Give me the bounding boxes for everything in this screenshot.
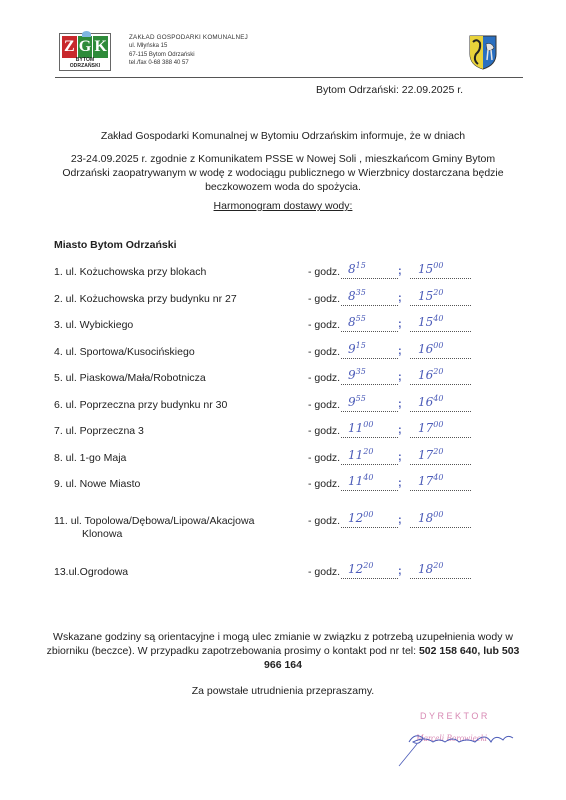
apology-text: Za powstałe utrudnienia przepraszamy. [40,685,526,697]
end-time-dotted-line [410,304,471,306]
company-info: ZAKŁAD GOSPODARKI KOMUNALNEJ ul. Młyńska… [129,34,248,67]
start-time-dotted-line [341,277,398,279]
start-time-dotted-line [341,526,398,528]
company-city: 67-115 Bytom Odrzański [129,51,248,59]
hour-label: - godz. [308,566,340,578]
start-time-dotted-line [341,489,398,491]
end-time-dotted-line [410,357,471,359]
hour-label: - godz. [308,452,340,464]
time-separator: ; [398,451,402,463]
handwritten-signature-icon [395,720,525,770]
street-label: 8. ul. 1-go Maja [54,452,126,465]
end-time-dotted-line [410,277,471,279]
time-separator: ; [398,345,402,357]
street-label: 2. ul. Kożuchowska przy budynku nr 27 [54,293,237,306]
start-time-dotted-line [341,436,398,438]
street-label: 13.ul.Ogrodowa [54,566,128,579]
end-time-dotted-line [410,410,471,412]
end-time-handwritten: 1500 [418,261,443,276]
intro-line-1: Zakład Gospodarki Komunalnej w Bytomiu O… [40,129,526,143]
start-time-dotted-line [341,357,398,359]
end-time-handwritten: 1640 [418,394,443,409]
time-separator: ; [398,371,402,383]
start-time-dotted-line [341,463,398,465]
hour-label: - godz. [308,478,340,490]
hour-label: - godz. [308,425,340,437]
end-time-handwritten: 1800 [418,510,443,525]
street-label: 4. ul. Sportowa/Kusocińskiego [54,346,195,359]
hour-label: - godz. [308,266,340,278]
end-time-handwritten: 1520 [418,288,443,303]
start-time-handwritten: 1220 [348,561,373,576]
hour-label: - godz. [308,399,340,411]
time-separator: ; [398,398,402,410]
water-drop-icon [82,31,91,37]
end-time-handwritten: 1700 [418,420,443,435]
end-time-handwritten: 1620 [418,367,443,382]
logo-caption: BYTOM ODRZAŃSKI [60,57,110,69]
start-time-handwritten: 1120 [348,447,373,462]
time-separator: ; [398,318,402,330]
hour-label: - godz. [308,346,340,358]
start-time-handwritten: 1140 [348,473,373,488]
end-time-handwritten: 1740 [418,473,443,488]
start-time-dotted-line [341,383,398,385]
coat-of-arms-icon [468,34,498,70]
company-phone: tel./fax 0-68 388 40 57 [129,59,248,67]
time-separator: ; [398,514,402,526]
footer-note: Wskazane godziny są orientacyjne i mogą … [40,630,526,672]
time-separator: ; [398,477,402,489]
end-time-handwritten: 1540 [418,314,443,329]
header-divider [55,77,523,78]
end-time-dotted-line [410,489,471,491]
end-time-dotted-line [410,463,471,465]
end-time-handwritten: 1600 [418,341,443,356]
start-time-handwritten: 915 [348,341,366,356]
street-label: 1. ul. Kożuchowska przy blokach [54,266,206,279]
time-separator: ; [398,292,402,304]
hour-label: - godz. [308,293,340,305]
street-label: 3. ul. Wybickiego [54,319,133,332]
start-time-dotted-line [341,577,398,579]
street-label: 5. ul. Piaskowa/Mała/Robotnicza [54,372,206,385]
intro-paragraph: 23-24.09.2025 r. zgodnie z Komunikatem P… [40,152,526,194]
start-time-handwritten: 935 [348,367,366,382]
start-time-handwritten: 855 [348,314,366,329]
schedule-heading: Harmonogram dostawy wody: [40,200,526,212]
end-time-handwritten: 1820 [418,561,443,576]
street-label: 11. ul. Topolowa/Dębowa/Lipowa/Akacjowa … [54,515,254,541]
end-time-dotted-line [410,526,471,528]
start-time-dotted-line [341,304,398,306]
document-date: Bytom Odrzański: 22.09.2025 r. [316,84,463,96]
hour-label: - godz. [308,515,340,527]
logo-letter-z: Z [62,36,77,58]
logo-letter-g: G [78,36,93,58]
hour-label: - godz. [308,372,340,384]
zgk-logo: Z G K BYTOM ODRZAŃSKI [59,33,111,71]
start-time-handwritten: 1100 [348,420,373,435]
start-time-dotted-line [341,330,398,332]
start-time-handwritten: 815 [348,261,366,276]
time-separator: ; [398,265,402,277]
start-time-handwritten: 1200 [348,510,373,525]
logo-letter-k: K [93,36,108,58]
end-time-dotted-line [410,330,471,332]
hour-label: - godz. [308,319,340,331]
start-time-handwritten: 835 [348,288,366,303]
street-label-continued: Klonowa [54,528,254,541]
section-title: Miasto Bytom Odrzański [54,239,177,251]
end-time-handwritten: 1720 [418,447,443,462]
company-street: ul. Młyńska 15 [129,42,248,50]
start-time-dotted-line [341,410,398,412]
end-time-dotted-line [410,383,471,385]
time-separator: ; [398,565,402,577]
street-label: 7. ul. Poprzeczna 3 [54,425,144,438]
street-label: 9. ul. Nowe Miasto [54,478,140,491]
end-time-dotted-line [410,436,471,438]
street-label: 6. ul. Poprzeczna przy budynku nr 30 [54,399,227,412]
time-separator: ; [398,424,402,436]
start-time-handwritten: 955 [348,394,366,409]
company-name: ZAKŁAD GOSPODARKI KOMUNALNEJ [129,34,248,42]
end-time-dotted-line [410,577,471,579]
